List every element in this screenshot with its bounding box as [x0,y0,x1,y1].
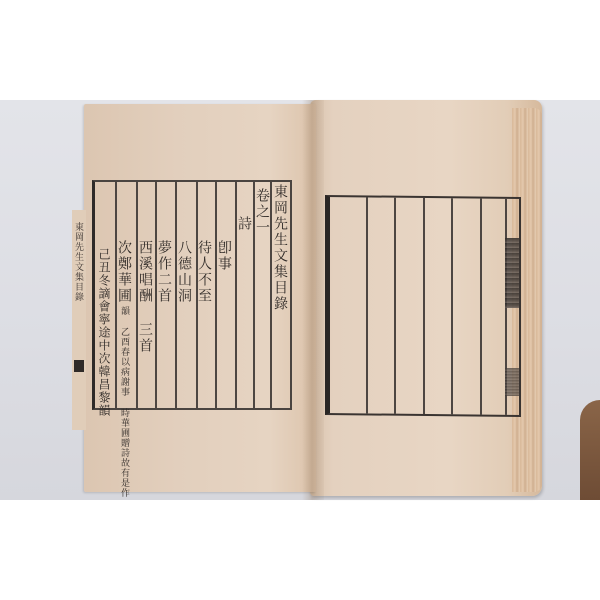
blank-ruled-frame [325,195,521,417]
section-label: 詩 [237,216,251,232]
book-corner-edge [580,400,600,500]
volume-label: 卷之一 [255,188,269,236]
center-fold-print [505,238,519,308]
toc-entry: 夢作二首 [157,240,171,304]
margin-column: 東岡先生文集目錄 [72,210,86,430]
toc-entry: 待人不至 [197,240,211,304]
toc-entry: 卽事 [217,240,231,272]
toc-entry-note: 韻 乙酉春以病謝事 時華圃贈詩故有是作 [119,306,128,498]
center-fold-print-lower [505,368,519,396]
toc-entry: 己丑冬謫會寧途中次韓昌黎韻 [98,248,110,417]
book-gutter [302,100,324,500]
toc-entry: 次鄭華圃 [117,240,131,304]
margin-label: 東岡先生文集目錄 [72,222,85,302]
book-title: 東岡先生文集目錄 [273,184,287,312]
toc-entry: 八德山洞 [177,240,191,304]
fish-tail-mark [74,360,84,372]
toc-entry: 西溪唱酬 三首 [138,240,152,354]
toc-frame: 東岡先生文集目錄 卷之一 詩 卽事 待人不至 八德山洞 夢作二首 西溪唱酬 三首… [92,180,292,410]
